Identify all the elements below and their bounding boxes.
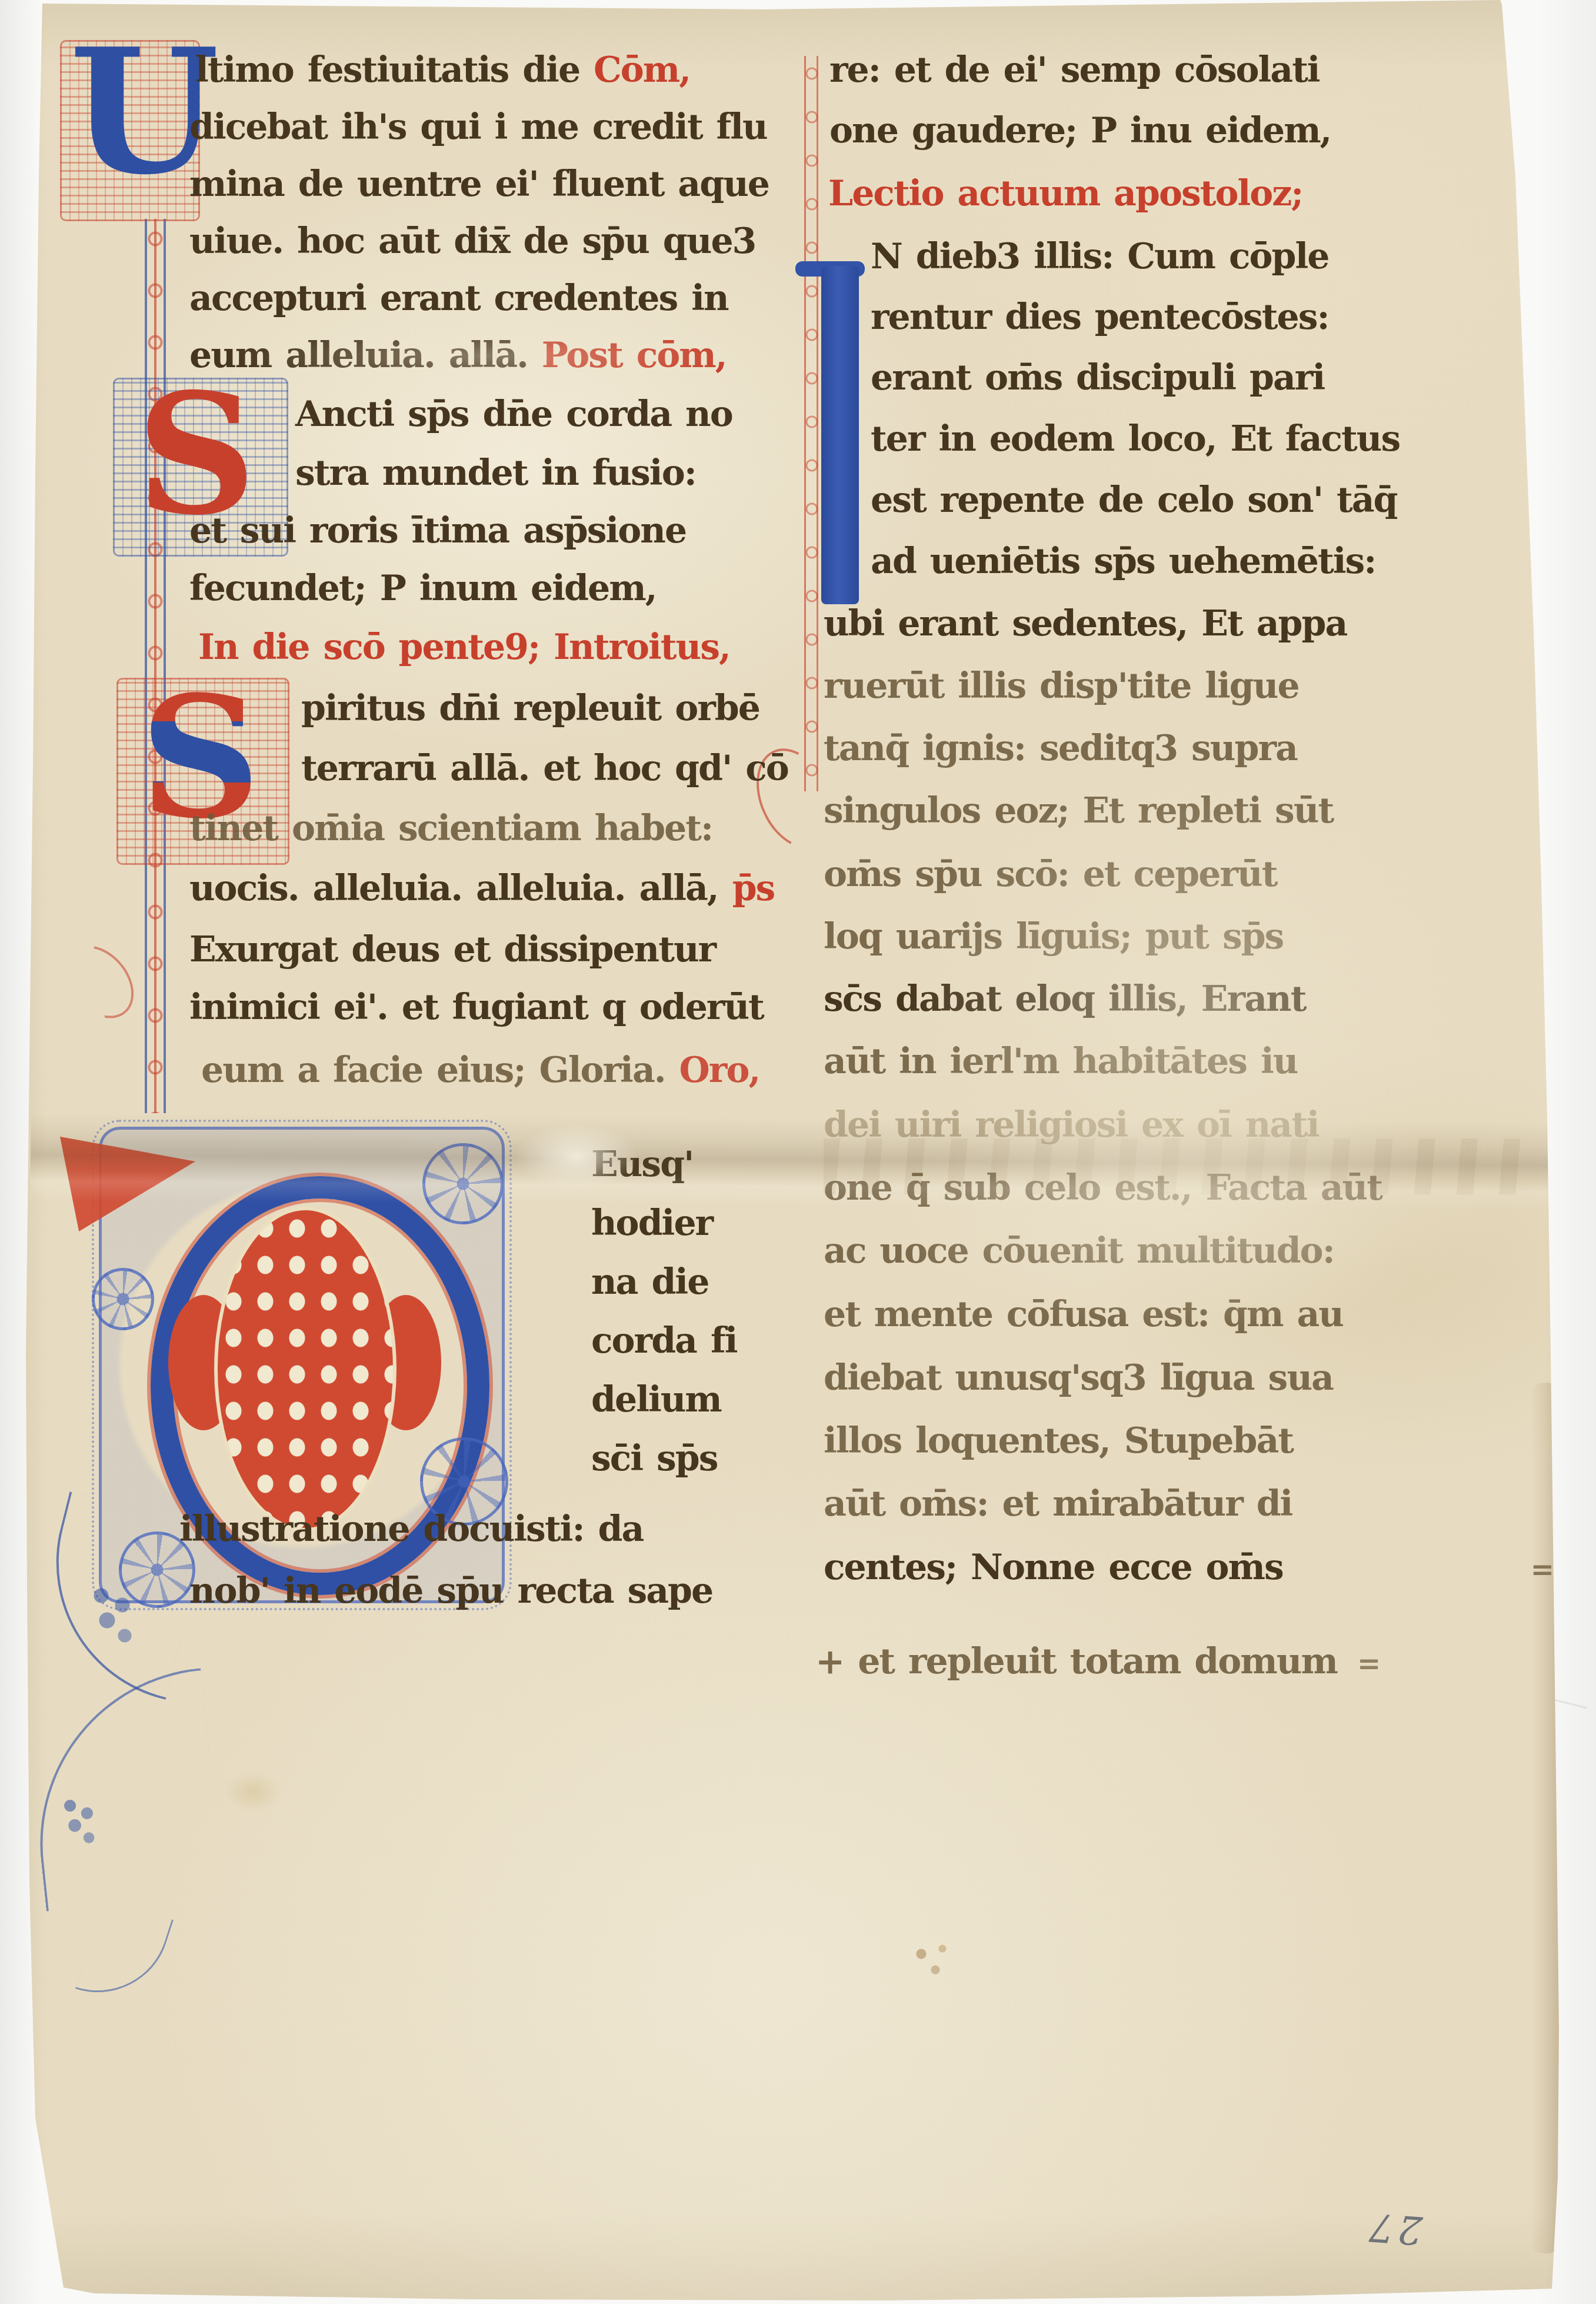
text-line: centes; Nonne ecce om̄s= xyxy=(824,1541,1512,1593)
text-line: loq uarijs līguis; put sp̄s xyxy=(824,911,1512,963)
line-text: loq uarijs līguis; put sp̄s xyxy=(824,916,1283,957)
text-line: illustratione docuisti: da xyxy=(179,1503,800,1555)
text-line: rentur dies pentecōstes: xyxy=(824,291,1559,343)
rubric-text: Cōm, xyxy=(594,49,690,91)
line-text: N dieb3 illis: Cum cōple xyxy=(871,236,1328,277)
rubric-text: p̄s xyxy=(732,868,775,909)
line-text: hodier xyxy=(591,1203,712,1244)
line-text: piritus dn̄i repleuit orbē xyxy=(301,688,759,729)
text-line: re: et de ei' semp cōsolati xyxy=(824,44,1518,96)
line-text: illos loquentes, Stupebāt xyxy=(824,1420,1293,1461)
line-text: fecundet; P inum eidem, xyxy=(189,568,657,609)
text-line: eum a facie eius; Gloria. Oro, xyxy=(189,1044,813,1096)
line-text: om̄s sp̄u scō: et ceperūt xyxy=(824,854,1277,895)
initial-d-vine-medallion xyxy=(214,1207,396,1531)
wrinkle-band xyxy=(824,1138,1535,1194)
text-line: aūt om̄s: et mirabātur di xyxy=(824,1478,1512,1530)
text-line: mina de uentre ei' fluent aque xyxy=(189,158,801,210)
line-text: et mente cōfusa est: q̄m au xyxy=(824,1294,1343,1335)
manuscript-photo: U S S ltimo festiuitatis di xyxy=(0,0,1596,2304)
line-text: ltimo festiuitatis die xyxy=(195,49,594,91)
text-line: eum alleluia. allā. Post cōm, xyxy=(189,329,801,381)
text-line: dicebat ih's qui i me credit flu xyxy=(189,101,801,153)
line-text: ubi erant sedentes, Et appa xyxy=(824,603,1347,644)
text-line: piritus dn̄i repleuit orbē xyxy=(189,682,913,734)
line-text: est repente de celo son' tāq̄ xyxy=(871,480,1397,521)
line-text: ac uoce cōuenit multitudo: xyxy=(824,1230,1334,1271)
text-line: et mente cōfusa est: q̄m au xyxy=(824,1288,1512,1340)
line-text: illustratione docuisti: da xyxy=(179,1509,643,1550)
line-text: sc̄i sp̄s xyxy=(591,1438,718,1479)
rubric-text: In die scō pente9; Introitus, xyxy=(198,627,730,668)
text-line: corda fi xyxy=(591,1315,797,1367)
vine-flourish xyxy=(23,1668,224,1912)
text-line: accepturi erant credentes in xyxy=(189,272,801,324)
text-line: stra mundet in fusio: xyxy=(189,447,907,499)
line-text: re: et de ei' semp cōsolati xyxy=(829,49,1320,91)
line-text: mina de uentre ei' fluent aque xyxy=(189,164,769,205)
text-line: Exurgat deus et dissipentur xyxy=(189,924,801,975)
text-line: diebat unusq'sq3 līgua sua xyxy=(824,1352,1512,1404)
text-line: sc̄i sp̄s xyxy=(591,1433,797,1484)
text-line: terrarū allā. et hoc qd' cō xyxy=(189,743,913,794)
line-text: terrarū allā. et hoc qd' cō xyxy=(301,748,788,789)
text-line: N dieb3 illis: Cum cōple xyxy=(824,231,1559,282)
line-text: ruerūt illis disp'tite ligue xyxy=(824,665,1299,707)
line-text: nob' in eodē sp̄u recta sape xyxy=(189,1570,712,1612)
text-line: one gaudere; P inu eidem, xyxy=(824,105,1518,157)
line-text: centes; Nonne ecce om̄s xyxy=(824,1547,1283,1588)
text-line: tinet om̄ia scientiam habet: xyxy=(189,803,801,854)
line-text: rentur dies pentecōstes: xyxy=(871,297,1329,338)
margin-cross: + xyxy=(1578,538,1596,590)
text-line: uiue. hoc aūt dix̄ de sp̄u que3 xyxy=(189,215,801,267)
line-text: eum alleluia. allā. xyxy=(189,335,542,376)
rubric-line: In die scō pente9; Introitus, xyxy=(189,621,810,673)
line-text: sc̄s dabat eloq illis, Erant xyxy=(824,978,1305,1020)
line-text: tinet om̄ia scientiam habet: xyxy=(189,808,712,849)
text-line: om̄s sp̄u scō: et ceperūt xyxy=(824,848,1512,900)
text-line: uocis. alleluia. alleluia. allā, p̄s xyxy=(189,863,801,914)
line-text: accepturi erant credentes in xyxy=(189,278,728,319)
rubric-text: Lectio actuum apostoloz; xyxy=(828,173,1302,214)
line-text: na die xyxy=(591,1261,708,1303)
line-text: inimici ei'. et fugiant q oderūt xyxy=(189,987,764,1028)
text-line: ter in eodem loco, Et factus xyxy=(824,413,1559,465)
vine-flourish xyxy=(75,1897,174,2011)
line-text: singulos eoz; Et repleti sūt xyxy=(824,790,1333,831)
text-line: na die xyxy=(591,1256,797,1308)
text-line: est repente de celo son' tāq̄ xyxy=(824,474,1559,526)
text-line: tanq̄ ignis: seditq3 supra xyxy=(824,723,1512,774)
text-line: ubi erant sedentes, Et appa xyxy=(824,598,1512,650)
rubric-text: Oro, xyxy=(679,1050,760,1091)
text-line: ac uoce cōuenit multitudo: xyxy=(824,1225,1512,1277)
stain-spots xyxy=(900,1933,971,1986)
rubric-line: Lectio actuum apostoloz; xyxy=(824,168,1517,219)
text-line: ruerūt illis disp'tite ligue xyxy=(824,660,1512,712)
line-text: stra mundet in fusio: xyxy=(295,452,696,494)
red-curl-flourish xyxy=(51,933,148,1032)
margin-equals: = xyxy=(1357,1647,1380,1680)
line-text: aūt in ierl'm habitātes iu xyxy=(824,1041,1297,1082)
line-text: Exurgat deus et dissipentur xyxy=(189,929,715,970)
text-line: inimici ei'. et fugiant q oderūt xyxy=(189,981,801,1033)
line-text: one gaudere; P inu eidem, xyxy=(829,110,1331,151)
text-line: Ancti sp̄s dn̄e corda no xyxy=(189,388,907,440)
text-line: singulos eoz; Et repleti sūt xyxy=(824,785,1512,837)
text-line: nob' in eodē sp̄u recta sape xyxy=(189,1565,801,1617)
text-line: fecundet; P inum eidem, xyxy=(189,562,801,614)
text-line: et sui roris ītima asp̄sione xyxy=(189,505,801,557)
text-line: illos loquentes, Stupebāt xyxy=(824,1415,1512,1467)
parchment-leaf: U S S ltimo festiuitatis di xyxy=(0,0,1596,2304)
text-line: delium xyxy=(591,1374,797,1426)
text-line: + et repleuit totam domum= xyxy=(815,1636,1504,1687)
line-text: Ancti sp̄s dn̄e corda no xyxy=(295,394,732,435)
line-text: ad ueniētis sp̄s uehemētis: xyxy=(871,541,1375,582)
line-text: delium xyxy=(591,1379,721,1420)
stain-faint xyxy=(224,1771,282,1812)
folio-number: 27 xyxy=(1326,2192,1424,2263)
text-line: ad ueniētis sp̄s uehemētis:+ xyxy=(824,535,1559,587)
line-text: + et repleuit totam domum xyxy=(815,1641,1337,1682)
line-text: eum a facie eius; Gloria. xyxy=(201,1050,679,1091)
line-text: tanq̄ ignis: seditq3 supra xyxy=(824,728,1297,769)
text-line: aūt in ierl'm habitātes iu xyxy=(824,1036,1512,1087)
wheel-medallion xyxy=(92,1268,154,1330)
text-line: erant om̄s discipuli pari xyxy=(824,352,1559,404)
line-text: erant om̄s discipuli pari xyxy=(871,357,1324,398)
rubric-text: Post cōm, xyxy=(542,335,727,376)
grape-cluster-ornament xyxy=(60,1796,105,1850)
line-text: corda fi xyxy=(591,1320,737,1361)
line-text: ter in eodem loco, Et factus xyxy=(871,418,1400,460)
line-text: diebat unusq'sq3 līgua sua xyxy=(824,1357,1333,1399)
grape-cluster-ornament xyxy=(88,1583,144,1650)
text-line: ltimo festiuitatis die Cōm, xyxy=(189,44,807,96)
edge-shadow xyxy=(1531,1383,1560,2253)
line-text: et sui roris ītima asp̄sione xyxy=(189,510,686,551)
line-text: dicebat ih's qui i me credit flu xyxy=(189,106,767,148)
line-text: aūt om̄s: et mirabātur di xyxy=(824,1483,1292,1524)
line-text: uiue. hoc aūt dix̄ de sp̄u que3 xyxy=(189,221,755,262)
line-text: uocis. alleluia. alleluia. allā, xyxy=(189,868,732,909)
text-line: sc̄s dabat eloq illis, Erant xyxy=(824,973,1512,1025)
